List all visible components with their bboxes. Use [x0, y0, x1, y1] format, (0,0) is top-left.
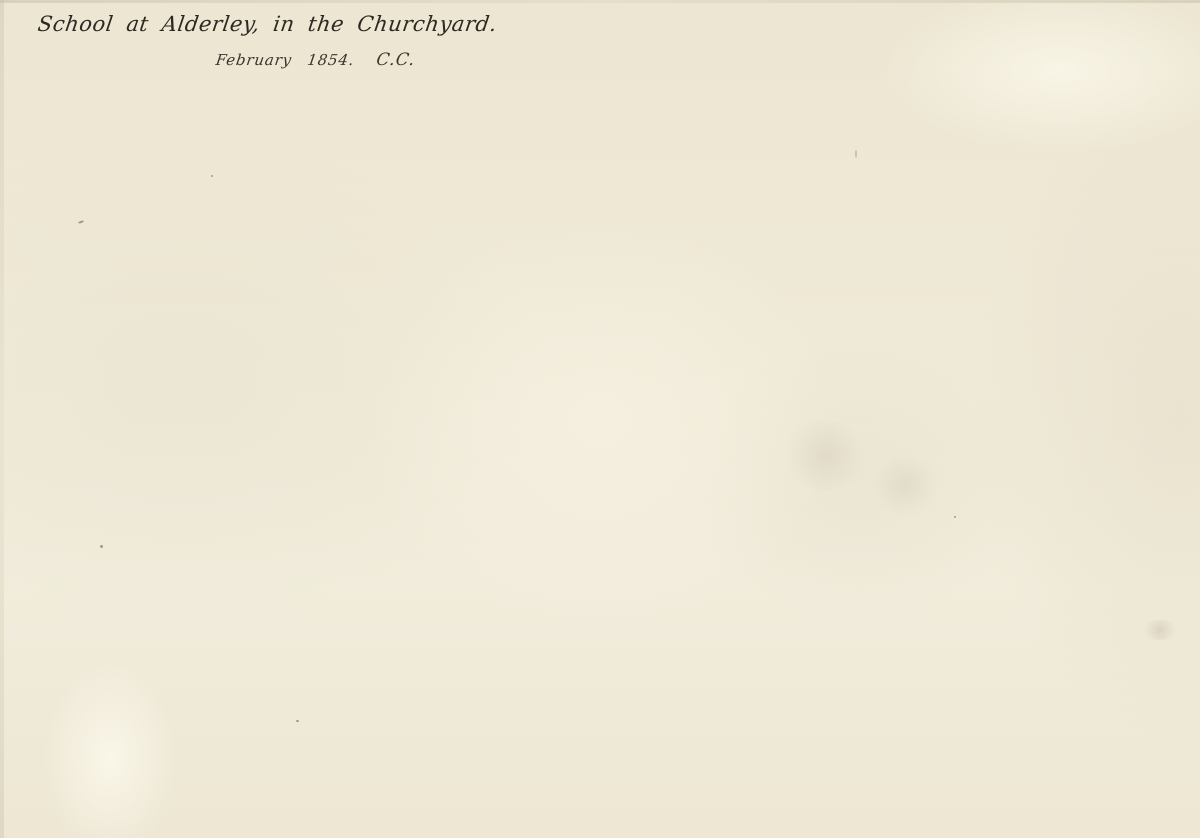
- paper-speck: [954, 516, 956, 518]
- paper-speck: [100, 545, 103, 548]
- paper-stain: [870, 455, 940, 515]
- paper-speck: [211, 175, 213, 177]
- paper-speck: [855, 150, 857, 158]
- paper-top-edge: [0, 0, 1200, 3]
- paper-left-edge: [0, 0, 4, 838]
- inscription-title: School at Alderley, in the Churchyard.: [36, 12, 498, 36]
- paper-speck: [78, 220, 84, 224]
- paper-stain: [780, 420, 870, 490]
- paper-stain: [1140, 620, 1180, 640]
- inscription-date: February 1854.: [215, 51, 356, 69]
- paper-sheet: School at Alderley, in the Churchyard. F…: [0, 0, 1200, 838]
- inscription-date-line: February 1854.C.C.: [215, 50, 417, 70]
- paper-speck: [296, 720, 299, 722]
- inscription-initials: C.C.: [375, 50, 417, 70]
